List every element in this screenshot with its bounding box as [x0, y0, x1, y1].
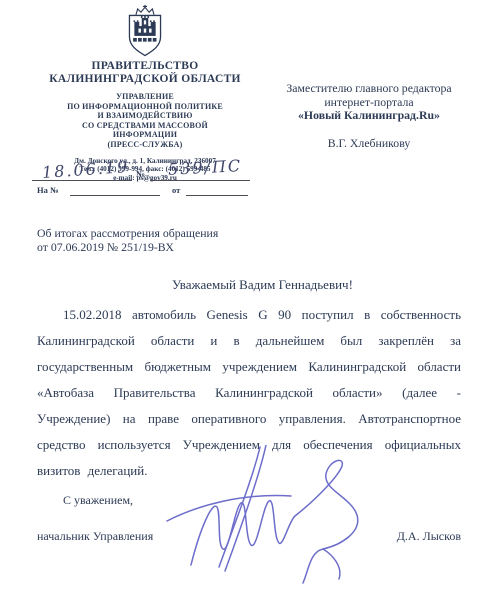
handwritten-signature	[163, 445, 373, 590]
in-reply-underline	[70, 195, 160, 196]
outgoing-number-handwritten: 539/ПС	[168, 156, 243, 179]
addressee-portal-name: «Новый Калининград.Ru»	[263, 109, 475, 123]
addressee-title-line1: Заместителю главного редактора	[263, 82, 475, 96]
incoming-reference-row: На № от	[30, 183, 260, 199]
in-reply-to-label: На №	[37, 185, 59, 195]
date-underline	[32, 180, 132, 181]
addressee-person-name: В.Г. Хлебникову	[263, 137, 475, 151]
org-name: ПРАВИТЕЛЬСТВО КАЛИНИНГРАДСКОЙ ОБЛАСТИ	[30, 60, 260, 86]
number-underline	[150, 180, 250, 181]
coat-of-arms-icon	[30, 4, 260, 58]
addressee-block: Заместителю главного редактора интернет-…	[263, 82, 475, 150]
closing-regards: С уважением,	[63, 493, 133, 508]
outgoing-date-handwritten: 18.06.19	[41, 157, 129, 182]
number-sign-label: №	[136, 169, 145, 179]
letter-document: ПРАВИТЕЛЬСТВО КАЛИНИНГРАДСКОЙ ОБЛАСТИ УП…	[0, 0, 490, 611]
signer-position: начальник Управления	[37, 529, 153, 544]
division-name: УПРАВЛЕНИЕ ПО ИНФОРМАЦИОННОЙ ПОЛИТИКЕ И …	[30, 92, 260, 150]
salutation: Уважаемый Вадим Геннадьевич!	[172, 277, 353, 293]
org-name-line2: КАЛИНИНГРАДСКОЙ ОБЛАСТИ	[30, 73, 260, 86]
subject-block: Об итогах рассмотрения обращения от 07.0…	[37, 226, 218, 254]
signer-name: Д.А. Лысков	[397, 529, 461, 544]
of-date-underline	[186, 195, 248, 196]
subject-line2: от 07.06.2019 № 251/19-ВХ	[37, 240, 218, 254]
addressee-title-line2: интернет-портала	[263, 96, 475, 110]
subject-line1: Об итогах рассмотрения обращения	[37, 226, 218, 240]
org-name-line1: ПРАВИТЕЛЬСТВО	[30, 60, 260, 73]
of-date-label: от	[172, 185, 180, 195]
letterhead: ПРАВИТЕЛЬСТВО КАЛИНИНГРАДСКОЙ ОБЛАСТИ УП…	[30, 4, 260, 182]
